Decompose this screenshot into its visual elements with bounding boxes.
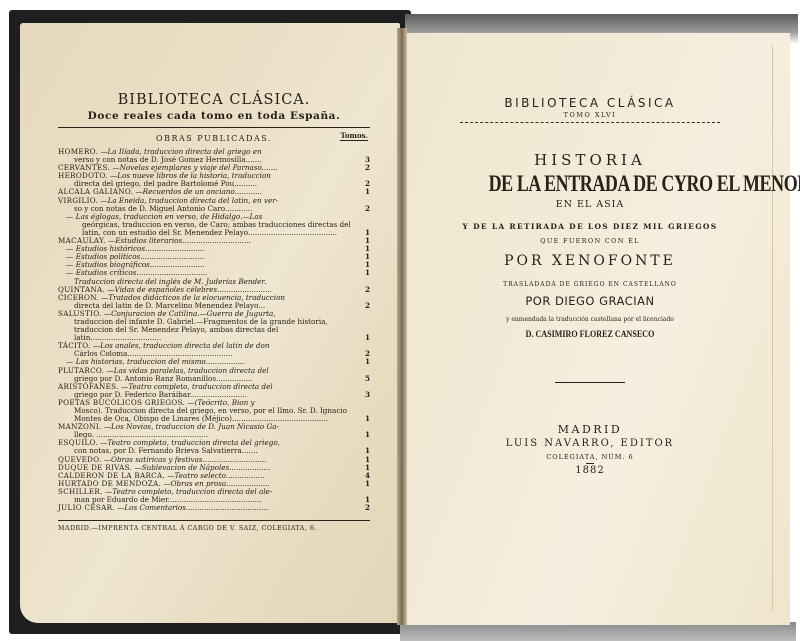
author: POR XENOFONTE bbox=[460, 253, 720, 269]
volume-number: TOMO XLVI bbox=[460, 111, 720, 119]
entry-volumes: 3 bbox=[356, 391, 370, 399]
catalog-entry: ARISTÓFANES. —Teatro completo, traduccio… bbox=[58, 383, 370, 399]
translator: POR DIEGO GRACIAN bbox=[460, 294, 720, 308]
entry-volumes: 1 bbox=[356, 415, 370, 423]
catalog-entry: CICERON. —Tratados didácticos de la eloc… bbox=[58, 294, 370, 310]
series-title: BIBLIOTECA CLÁSICA bbox=[460, 96, 720, 110]
volumes-column-header: Tomos. bbox=[340, 131, 368, 141]
entry-continuation: geórgicas, traduccion en verso, de Caro;… bbox=[66, 221, 356, 237]
catalog-list: HOMERO. —La Ilíada, traduccion directa d… bbox=[58, 148, 370, 512]
entry-volumes: 1 bbox=[356, 358, 370, 366]
subtitle-retirada: Y DE LA RETIRADA DE LOS DIEZ MIL GRIEGOS bbox=[460, 222, 720, 231]
published-works-heading: OBRAS PUBLICADAS. bbox=[156, 134, 272, 143]
entry-volumes: 2 bbox=[356, 205, 370, 213]
entry-volumes: 2 bbox=[356, 164, 370, 172]
printer-imprint: MADRID.—IMPRENTA CENTRAL Á CARGO DE V. S… bbox=[58, 525, 370, 532]
entry-title: —Los Comentarios........................… bbox=[117, 503, 268, 512]
divider bbox=[58, 127, 370, 128]
title-historia: HISTORIA bbox=[460, 151, 720, 169]
title-page-content: BIBLIOTECA CLÁSICA TOMO XLVI HISTORIA DE… bbox=[460, 96, 720, 476]
entry-volumes: 2 bbox=[356, 286, 370, 294]
entry-continuation: traduccion del infante D. Gabriel.—Fragm… bbox=[58, 318, 356, 342]
entry-continuation: Mosco). Traduccion directa del griego, e… bbox=[58, 407, 356, 423]
entry-volumes: 1 bbox=[356, 188, 370, 196]
catalog-entry: ESQUILO. —Teatro completo, traduccion di… bbox=[58, 439, 370, 455]
title-en-asia: EN EL ASIA bbox=[460, 199, 720, 210]
left-page-content: BIBLIOTECA CLÁSICA. Doce reales cada tom… bbox=[58, 80, 370, 532]
reviser-name: D. CASIMIRO FLOREZ CANSECO bbox=[480, 330, 701, 340]
entry-author: JULIO CÉSAR. bbox=[58, 503, 115, 512]
price-note: Doce reales cada tomo en toda España. bbox=[58, 110, 370, 122]
divider bbox=[555, 382, 625, 383]
entry-volumes: 1 bbox=[356, 334, 370, 342]
city: MADRID bbox=[460, 423, 720, 436]
page-edge-line bbox=[772, 45, 773, 610]
catalog-entry: JULIO CÉSAR. —Los Comentarios...........… bbox=[58, 504, 370, 512]
entry-volumes: 1 bbox=[356, 480, 370, 488]
publisher-address: COLEGIATA, NÚM. 6 bbox=[460, 453, 720, 461]
publisher: LUIS NAVARRO, EDITOR bbox=[460, 438, 720, 449]
catalog-entry: POETAS BUCÓLICOS GRIEGOS. —(Teócrito, Bi… bbox=[58, 399, 370, 423]
translation-note: TRASLADADA DE GRIEGO EN CASTELLANO bbox=[460, 281, 720, 288]
series-title: BIBLIOTECA CLÁSICA. bbox=[58, 92, 370, 108]
catalog-entry: SALUSTIO. —Conjuracion de Catilina.—Guer… bbox=[58, 310, 370, 342]
divider bbox=[58, 520, 370, 521]
dashed-divider bbox=[460, 122, 720, 123]
catalog-entry: HERODOTO. —Los nueve libros de la histor… bbox=[58, 172, 370, 188]
entry-volumes: 1 bbox=[356, 269, 370, 277]
entry-volumes: 2 bbox=[356, 504, 370, 512]
entry-volumes: 2 bbox=[356, 302, 370, 310]
entry-author: — bbox=[66, 268, 74, 277]
catalog-entry: PLUTARCO. —Las vidas paralelas, traducci… bbox=[58, 367, 370, 383]
divider bbox=[586, 463, 594, 464]
catalog-entry: MANZONI. —Los Novios, traduccion de D. J… bbox=[58, 423, 370, 439]
revision-note: y enmendada la traducción castellana por… bbox=[460, 316, 720, 323]
entry-volumes: 5 bbox=[356, 375, 370, 383]
entry-volumes: 1 bbox=[356, 431, 370, 439]
entry-author: — bbox=[66, 212, 74, 221]
publication-year: 1882 bbox=[460, 465, 720, 476]
section-heading: OBRAS PUBLICADAS. Tomos. bbox=[58, 134, 370, 148]
catalog-entry: TÁCITO. —Los anales, traduccion directa … bbox=[58, 342, 370, 358]
catalog-entry: VIRGILIO. —La Eneida, traduccion directa… bbox=[58, 197, 370, 213]
catalog-entry: SCHILLER. —Teatro completo, traduccion d… bbox=[58, 488, 370, 504]
main-title: DE LA ENTRADA DE CYRO EL MENOR bbox=[489, 171, 692, 197]
book-spine bbox=[397, 28, 407, 625]
subtitle-fueron: QUE FUERON CON ÉL bbox=[460, 237, 720, 245]
catalog-entry: HOMERO. —La Ilíada, traduccion directa d… bbox=[58, 148, 370, 164]
catalog-entry: — Las églogas, traduccion en verso, de H… bbox=[58, 213, 370, 237]
